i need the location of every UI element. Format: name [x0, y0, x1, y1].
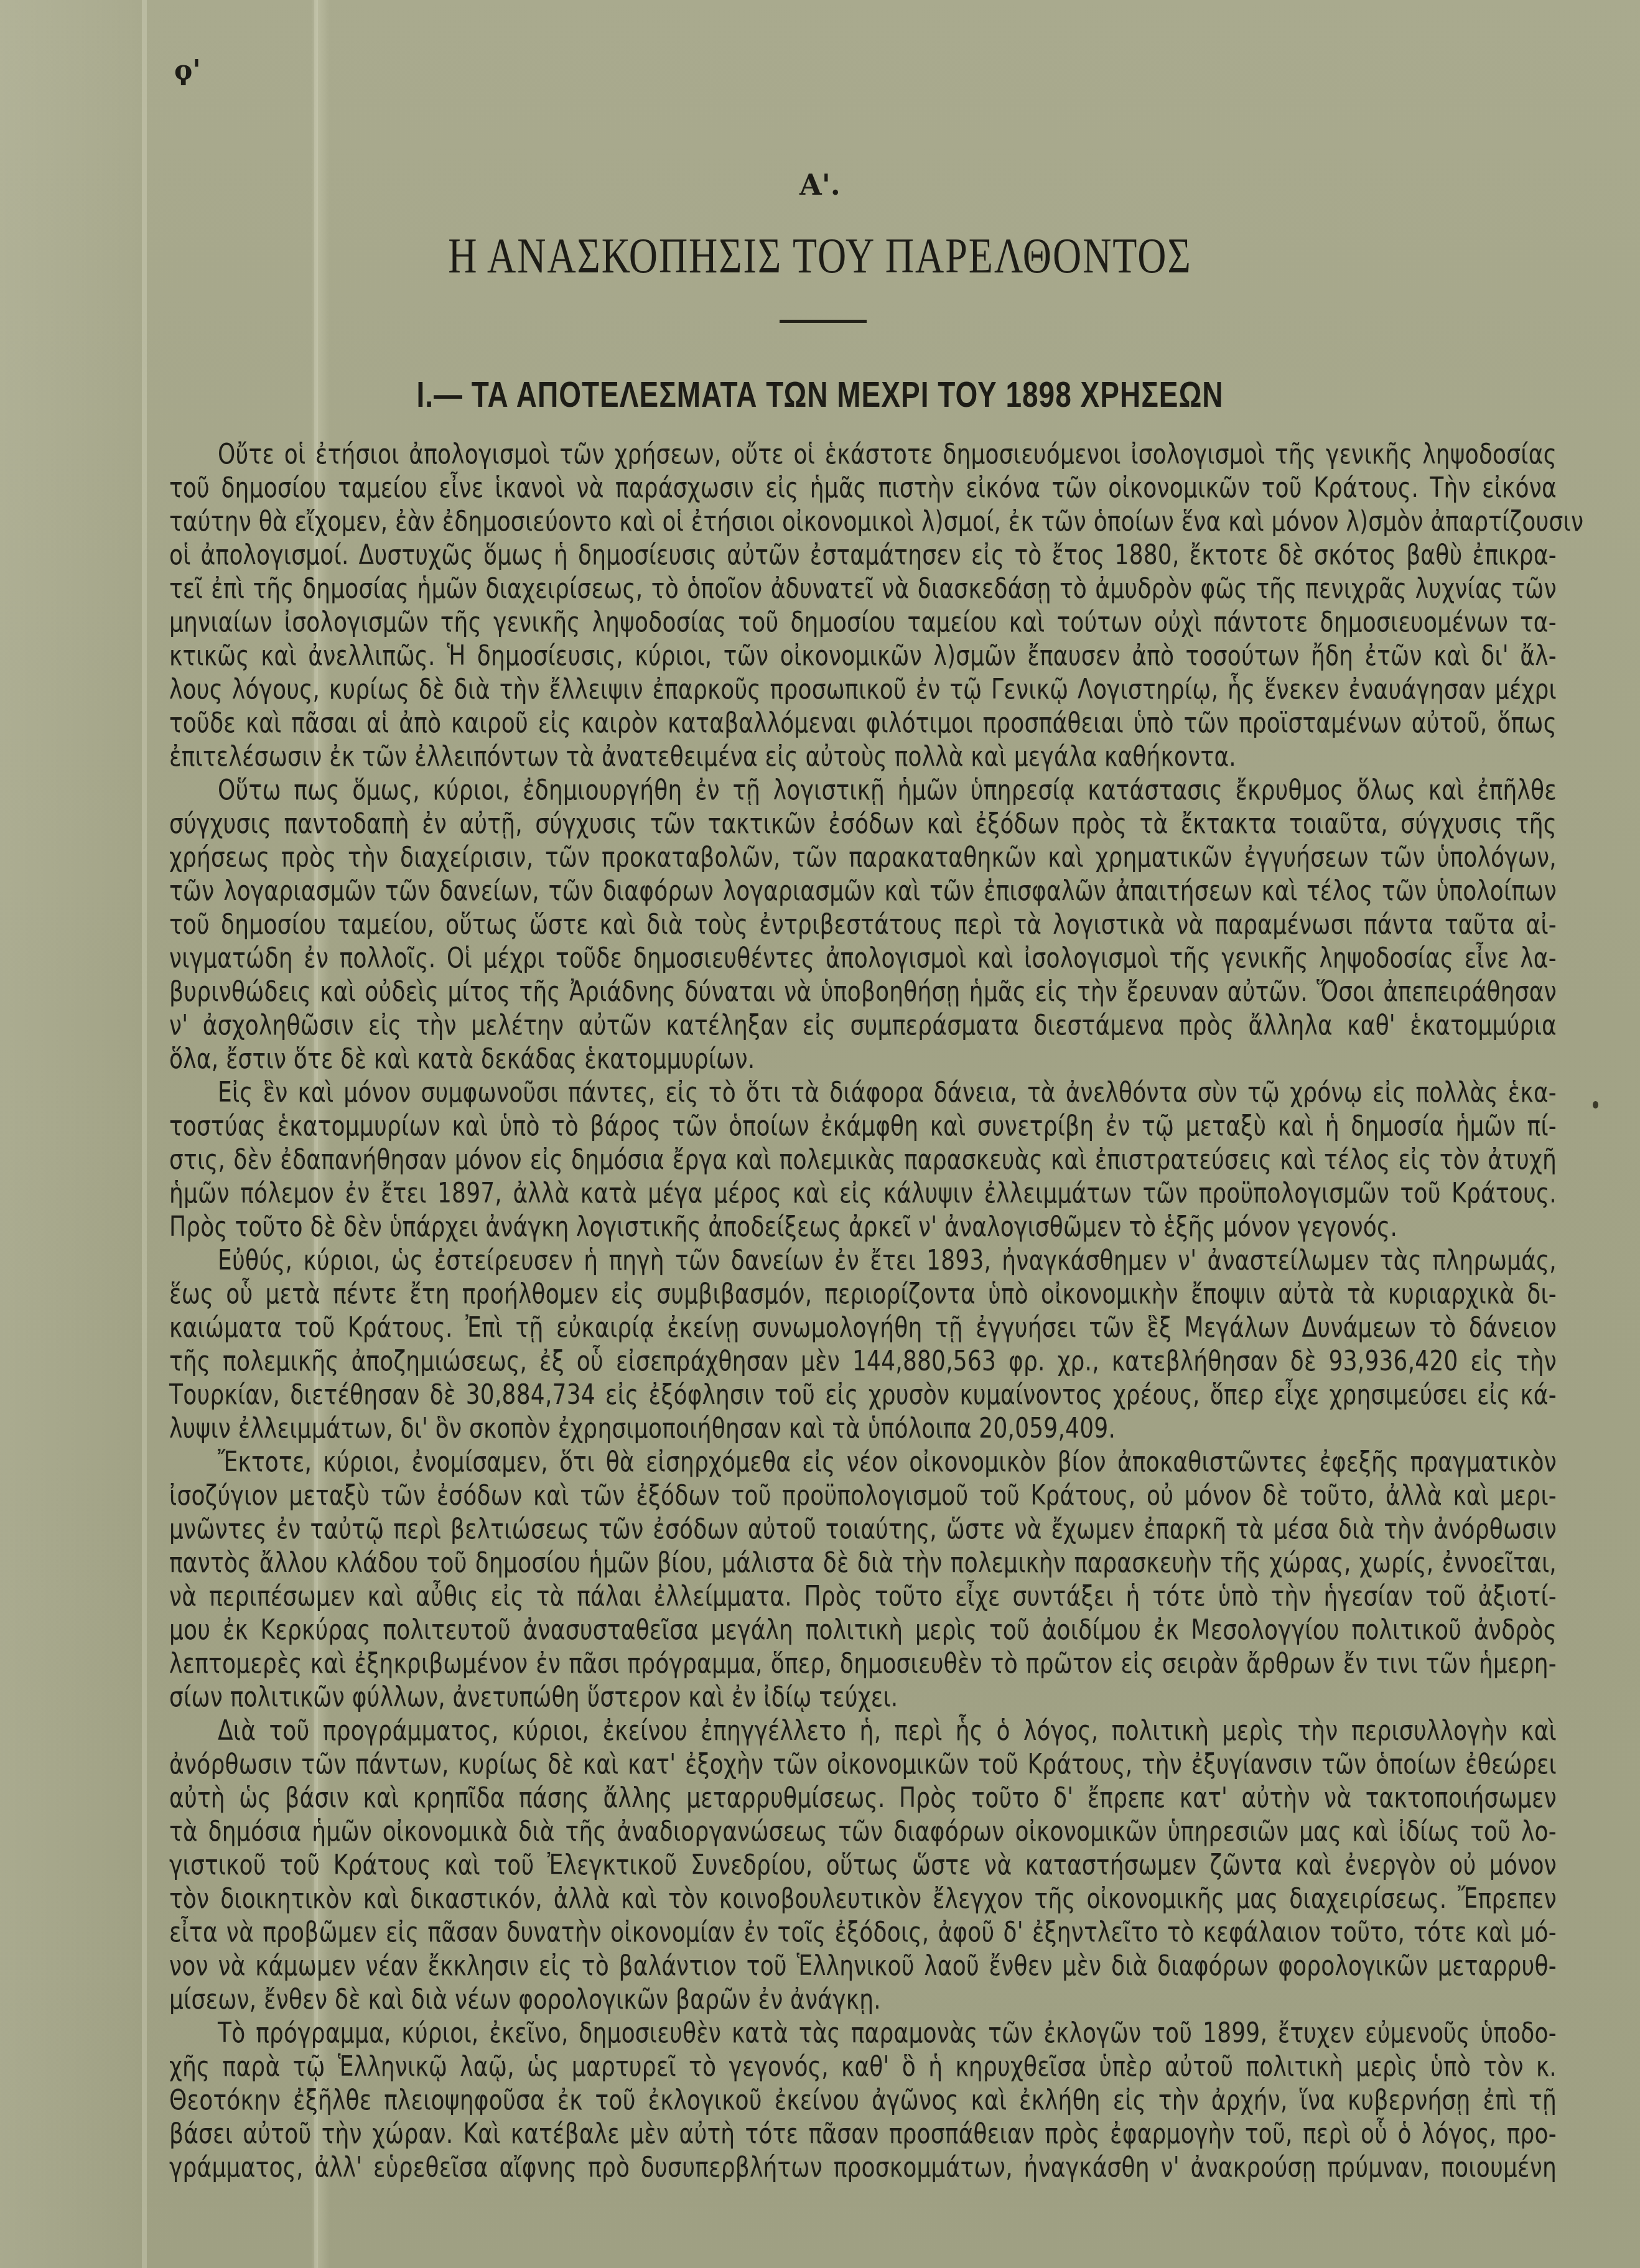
paragraph: Εἰς ἓν καὶ μόνον συμφωνοῦσι πάντες, εἰς …	[169, 1077, 1557, 1245]
page-number: ϙ'	[174, 55, 201, 86]
ink-spot	[1593, 1101, 1598, 1108]
section-letter: Α'.	[0, 168, 1640, 202]
page-title: Η ΑΝΑΣΚΟΠΗΣΙΣ ΤΟΥ ΠΑΡΕΛΘΟΝΤΟΣ	[0, 227, 1640, 285]
paragraph: Τὸ πρόγραμμα, κύριοι, ἐκεῖνο, δημοσιευθὲ…	[169, 2017, 1557, 2185]
title-divider	[780, 320, 867, 323]
scanned-page: ϙ' Α'. Η ΑΝΑΣΚΟΠΗΣΙΣ ΤΟΥ ΠΑΡΕΛΘΟΝΤΟΣ I.—…	[0, 0, 1640, 2268]
paragraph: Οὕτω πως ὅμως, κύριοι, ἐδημιουργήθη ἐν τ…	[169, 774, 1557, 1077]
paragraph: Εὐθύς, κύριοι, ὡς ἐστείρευσεν ἡ πηγὴ τῶν…	[169, 1245, 1557, 1446]
paper-crease	[142, 0, 147, 2268]
paragraph: Οὔτε οἱ ἐτήσιοι ἀπολογισμοὶ τῶν χρήσεων,…	[169, 439, 1557, 774]
section-heading: I.— ΤΑ ΑΠΟΤΕΛΕΣΜΑΤΑ ΤΩΝ ΜΕΧΡΙ ΤΟΥ 1898 Χ…	[0, 373, 1640, 416]
text-line: γράμματος, ἀλλ' εὑρεθεῖσα αἴφνης πρὸ δυσ…	[169, 2148, 1557, 2189]
paragraph: Ἔκτοτε, κύριοι, ἐνομίσαμεν, ὅτι θὰ εἰσηρ…	[169, 1446, 1557, 1715]
paragraph: Διὰ τοῦ προγράμματος, κύριοι, ἐκείνου ἐπ…	[169, 1715, 1557, 2017]
body-text: Οὔτε οἱ ἐτήσιοι ἀπολογισμοὶ τῶν χρήσεων,…	[169, 439, 1557, 2185]
